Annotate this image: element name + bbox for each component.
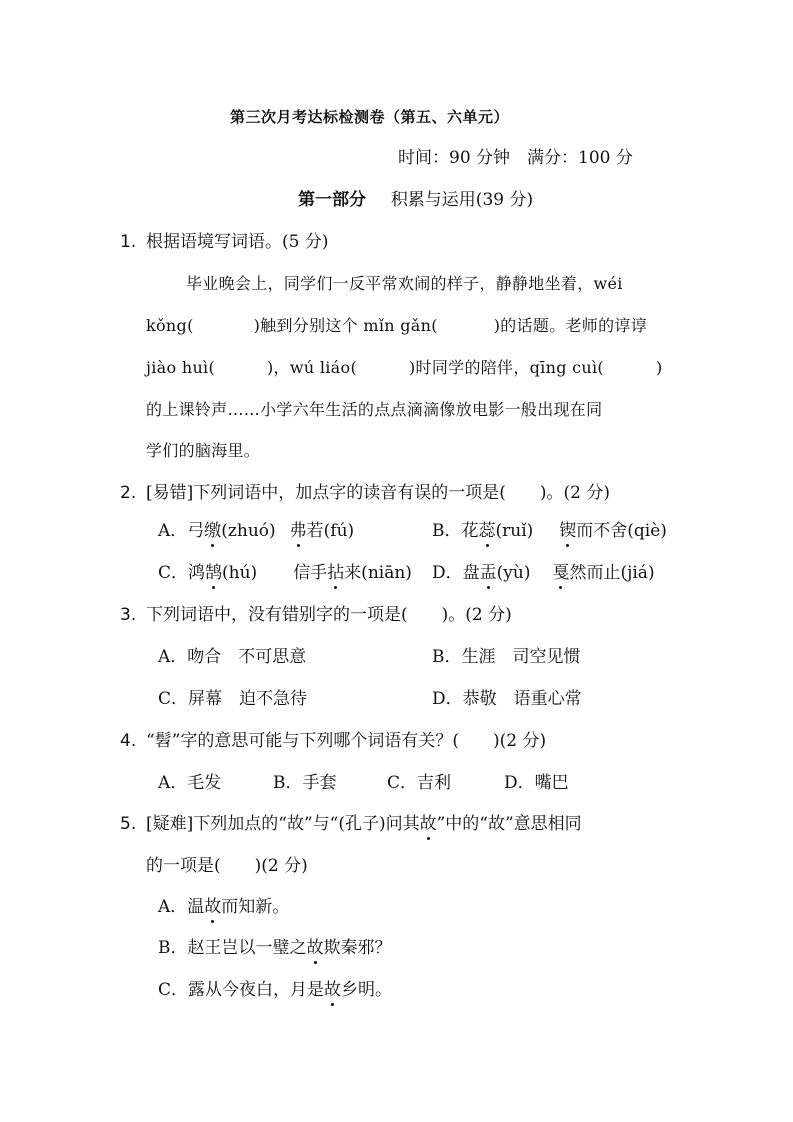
question-text: 根据语境写词语。(5 分) [146,232,328,252]
question-text: [疑难]下列加点的“故”与“(孔子)问其 [146,814,420,834]
q3-option-d[interactable]: D．恭敬 语重心常 [432,688,582,710]
question-number: 1. [120,231,146,253]
question-number: 2. [120,482,146,504]
q3-option-b[interactable]: B．生涯 司空见惯 [432,646,581,668]
option-text: (ruǐ) [496,521,534,541]
emphasis-dot-char: 故 [204,896,221,918]
question-number: 4. [120,730,146,752]
q2-option-d[interactable]: D．盘盂(yù)戛然而止(jiá) [432,562,655,584]
option-label: B． [432,521,462,541]
q4-option-b[interactable]: B．手套 [273,772,337,794]
emphasis-dot-char: 拈 [327,562,344,584]
question-4-stem: 4.“髫”字的意思可能与下列哪个词语有关？( )(2 分) [120,730,546,752]
emphasis-dot-char: 弗 [290,520,307,542]
option-label: A． [158,773,187,793]
option-text: 然而止(jiá) [569,563,654,583]
text-segment: ) [656,358,663,377]
option-label: C． [158,563,188,583]
question-5-stem: 5.[疑难]下列加点的“故”与“(孔子)问其故”中的“故”意思相同 [120,813,582,835]
question-number: 5. [120,813,146,835]
q2-option-b[interactable]: B．花蕊(ruǐ)锲而不舍(qiè) [432,520,667,542]
question-2-stem: 2.[易错]下列词语中，加点字的读音有误的一项是( )。(2 分) [120,482,610,504]
q1-paragraph-line-2: kǒng()触到分别这个 mǐn gǎn()的话题。老师的谆谆 [146,315,647,337]
option-text: 温 [187,897,204,917]
option-text: 屏幕 迫不急待 [188,689,307,709]
option-text: 信手 [293,563,327,583]
option-text: 来(niān) [344,563,412,583]
pinyin-wuliao: )，wú liáo( [267,358,357,377]
question-1-stem: 1.根据语境写词语。(5 分) [120,231,328,253]
option-label: C． [387,773,417,793]
q4-option-a[interactable]: A．毛发 [158,772,221,794]
option-label: C． [158,689,188,709]
section-part-label: 第一部分 [298,190,366,210]
option-text: 欺秦邪？ [324,938,392,958]
emphasis-dot-char: 戛 [552,562,569,584]
q1-paragraph-line-3: jiào huì()，wú liáo()时同学的陪伴，qīng cuì() [146,357,663,379]
option-text: 生涯 司空见惯 [462,647,581,667]
q1-paragraph-line-1: 毕业晚会上，同学们一反平常欢闹的样子，静静地坐着，wéi [186,273,623,295]
text-segment: )触到分别这个 mǐn gǎn( [254,316,438,335]
option-text: 而知新。 [221,897,289,917]
option-text: 弓 [187,521,204,541]
option-text: 乡明。 [341,980,392,1000]
q4-option-d[interactable]: D．嘴巴 [504,772,569,794]
question-5-stem-line-2: 的一项是( )(2 分) [146,855,308,877]
option-text: 恭敬 语重心常 [463,689,582,709]
question-3-stem: 3.下列词语中，没有错别字的一项是( )。(2 分) [120,604,512,626]
emphasis-dot-char: 蕊 [479,520,496,542]
emphasis-dot-char: 故 [307,937,324,959]
pinyin-qingcui: )时同学的陪伴，qīng cuì( [409,358,604,377]
option-label: B． [432,647,462,667]
question-text: 下列词语中，没有错别字的一项是( )。(2 分) [146,605,512,625]
q2-option-a[interactable]: A．弓缴(zhuó)弗若(fú) [158,520,354,542]
option-label: B． [273,773,303,793]
option-text: 花 [462,521,479,541]
q5-option-a[interactable]: A．温故而知新。 [158,896,289,918]
emphasis-dot-char: 盂 [480,562,497,584]
q2-option-c[interactable]: C．鸿鹄(hú)信手拈来(niān) [158,562,412,584]
option-label: D． [504,773,535,793]
q3-option-c[interactable]: C．屏幕 迫不急待 [158,688,307,710]
option-label: C． [158,980,188,1000]
option-text: 若(fú) [307,521,355,541]
option-label: B． [158,938,188,958]
q1-paragraph-line-5: 学们的脑海里。 [146,440,260,462]
q3-option-a[interactable]: A．吻合 不可思意 [158,646,306,668]
question-number: 3. [120,604,146,626]
question-text: “髫”字的意思可能与下列哪个词语有关？( )(2 分) [146,731,546,751]
option-text: 盘 [463,563,480,583]
text-segment: )的话题。老师的谆谆 [494,316,647,335]
option-text: 赵王岂以一璧之 [188,938,307,958]
option-text: 露从今夜白，月是 [188,980,324,1000]
option-text: (hú) [222,563,257,583]
emphasis-dot-char: 鹄 [205,562,222,584]
exam-time-score: 时间：90 分钟 满分：100 分 [398,147,633,169]
q4-option-c[interactable]: C．吉利 [387,772,451,794]
emphasis-dot-char: 故 [324,979,341,1001]
option-text: 而不舍(qiè) [576,521,667,541]
option-text: 手套 [303,773,337,793]
emphasis-dot-char: 故 [420,813,437,835]
section-part-title: 积累与运用(39 分) [391,190,533,210]
emphasis-dot-char: 缴 [204,520,221,542]
option-label: D． [432,689,463,709]
q1-paragraph-line-4: 的上课铃声……小学六年生活的点点滴滴像放电影一般出现在同 [146,399,602,421]
option-label: D． [432,563,463,583]
question-text: ”中的“故”意思相同 [437,814,582,834]
option-text: 吻合 不可思意 [187,647,306,667]
q5-option-b[interactable]: B．赵王岂以一璧之故欺秦邪？ [158,937,392,959]
emphasis-dot-char: 锲 [559,520,576,542]
pinyin-weikong: kǒng( [146,316,194,335]
q5-option-c[interactable]: C．露从今夜白，月是故乡明。 [158,979,392,1001]
exam-title: 第三次月考达标检测卷（第五、六单元） [230,106,509,128]
pinyin-jiaohui: jiào huì( [146,358,215,377]
option-text: (yù) [497,563,531,583]
option-text: 嘴巴 [535,773,569,793]
option-text: 吉利 [417,773,451,793]
option-label: A． [158,897,187,917]
option-label: A． [158,521,187,541]
option-text: 毛发 [187,773,221,793]
section-heading: 第一部分 积累与运用(39 分) [298,189,533,211]
option-label: A． [158,647,187,667]
option-text: (zhuó) [221,521,275,541]
option-text: 鸿 [188,563,205,583]
question-text: [易错]下列词语中，加点字的读音有误的一项是( )。(2 分) [146,483,610,503]
